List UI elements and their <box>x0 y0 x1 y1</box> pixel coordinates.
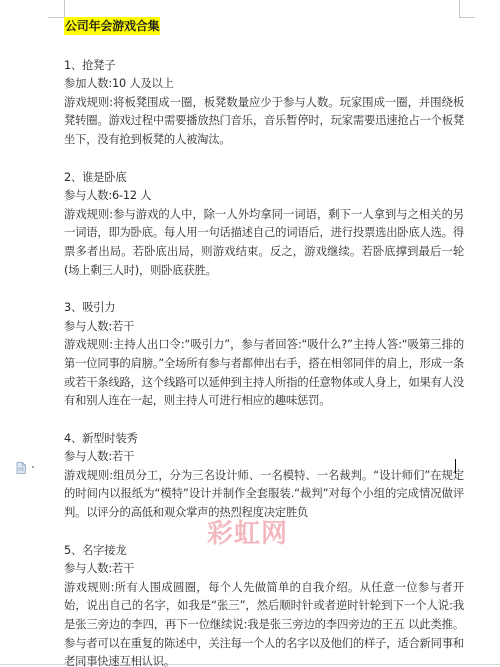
game-section: 2、谁是卧底 参与人数:6-12 人 游戏规则:参与游戏的人中，除一人外均拿同一… <box>64 169 464 281</box>
game-section: 1、抢凳子 参加人数:10 人及以上 游戏规则:将板凳围成一圈，板凳数量应少于参… <box>64 57 464 150</box>
crop-mark-top-left <box>64 0 65 17</box>
section-players: 参加人数:10 人及以上 <box>64 75 464 94</box>
section-heading: 1、抢凳子 <box>64 57 464 76</box>
section-heading: 3、吸引力 <box>64 299 464 318</box>
document-icon[interactable] <box>16 462 26 474</box>
section-rules: 游戏规则:主持人出口令:“吸引力”，参与者回答:“吸什么?”主持人答:“吸第三排… <box>64 336 464 410</box>
crop-mark-top-right <box>459 0 460 17</box>
watermark: 彩虹网 <box>207 513 288 550</box>
section-heading: 2、谁是卧底 <box>64 169 464 188</box>
section-players: 参与人数:若干 <box>64 318 464 337</box>
section-rules: 游戏规则:将板凳围成一圈，板凳数量应少于参与人数。玩家围成一圈，并围绕板凳转圈。… <box>64 94 464 150</box>
section-rules: 游戏规则:参与游戏的人中，除一人外均拿同一词语，剩下一人拿到与之相关的另一词语，… <box>64 206 464 280</box>
section-players: 参与人数:若干 <box>64 448 464 467</box>
crop-mark-top-left <box>48 17 64 18</box>
document-title: 公司年会游戏合集 <box>64 17 160 35</box>
section-players: 参与人数:6-12 人 <box>64 187 464 206</box>
text-cursor <box>455 459 456 474</box>
game-section: 4、新型时装秀 参与人数:若干 游戏规则:组员分工，分为三名设计师、一名模特、一… <box>64 430 464 523</box>
section-players: 参与人数:若干 <box>64 560 464 579</box>
document-page: 公司年会游戏合集 1、抢凳子 参加人数:10 人及以上 游戏规则:将板凳围成一圈… <box>0 0 500 667</box>
document-body[interactable]: 公司年会游戏合集 1、抢凳子 参加人数:10 人及以上 游戏规则:将板凳围成一圈… <box>64 17 464 667</box>
paragraph-marker-dot <box>32 466 34 468</box>
section-rules: 游戏规则:所有人围成圆圈，每个人先做简单的自我介绍。从任意一位参与者开始，说出自… <box>64 579 464 667</box>
section-heading: 4、新型时装秀 <box>64 430 464 449</box>
game-section: 3、吸引力 参与人数:若干 游戏规则:主持人出口令:“吸引力”，参与者回答:“吸… <box>64 299 464 411</box>
game-section: 5、名字接龙 参与人数:若干 游戏规则:所有人围成圆圈，每个人先做简单的自我介绍… <box>64 542 464 667</box>
